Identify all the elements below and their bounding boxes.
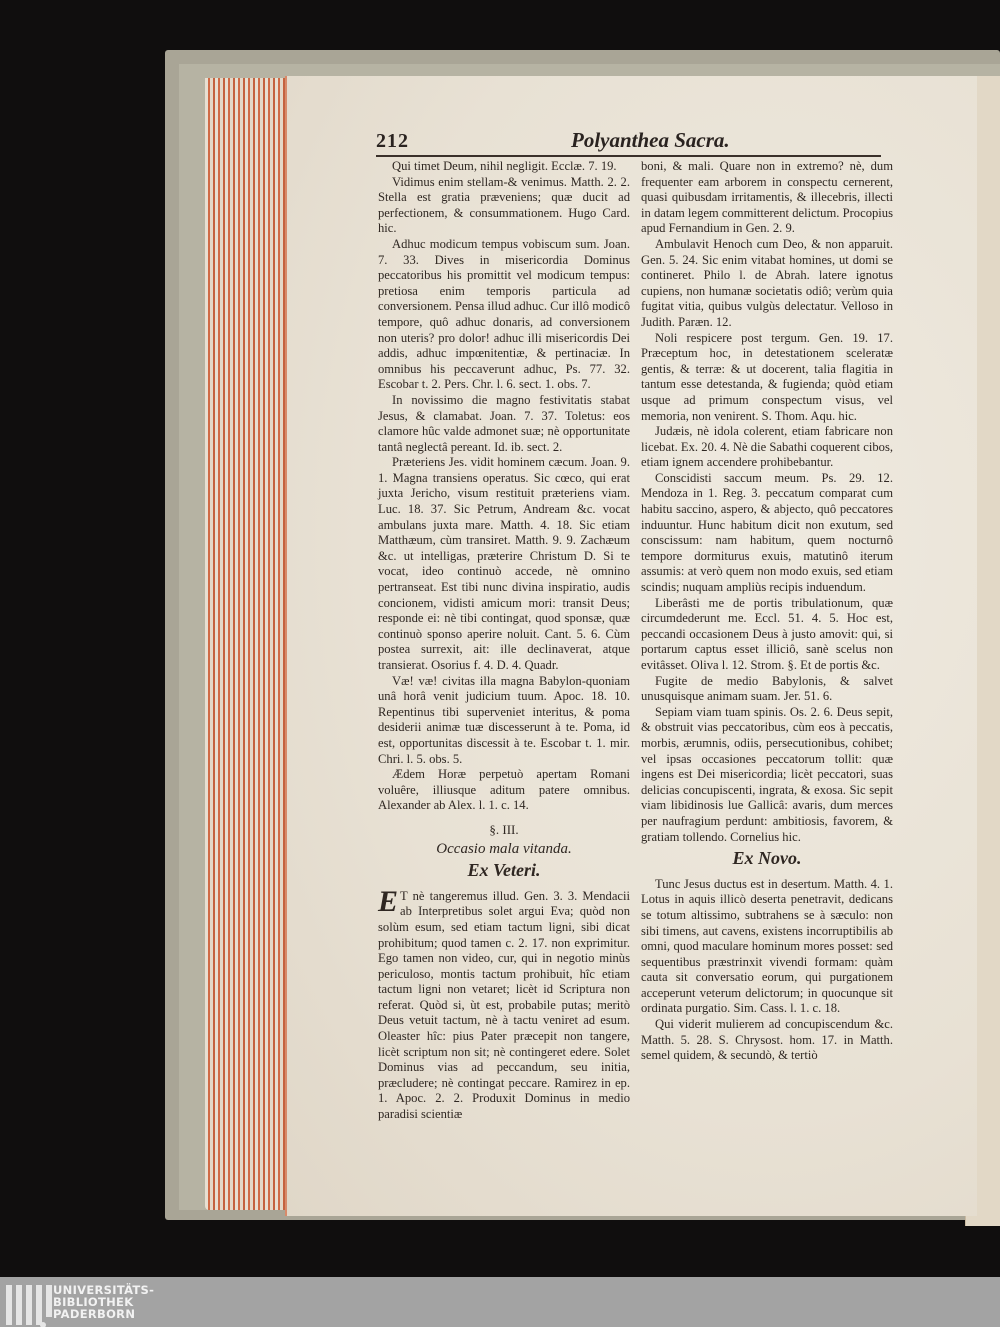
- scan-background: 212 Polyanthea Sacra. Qui timet Deum, ni…: [0, 0, 1000, 1277]
- entry-paragraph: Fugite de medio Babylonis, & salvet unus…: [641, 674, 893, 705]
- entry-paragraph: Noli respicere post tergum. Gen. 19. 17.…: [641, 331, 893, 425]
- entry-paragraph: Præteriens Jes. vidit hominem cæcum. Joa…: [378, 455, 630, 673]
- entry-paragraph: Liberâsti me de portis tribulationum, qu…: [641, 596, 893, 674]
- entry-paragraph: Væ! væ! civitas illa magna Babylon-quoni…: [378, 674, 630, 768]
- entry-paragraph: Tunc Jesus ductus est in desertum. Matth…: [641, 877, 893, 1017]
- entry-paragraph: Ædem Horæ perpetuò apertam Romani voluêr…: [378, 767, 630, 814]
- page-header: 212 Polyanthea Sacra.: [376, 128, 881, 154]
- running-head: Polyanthea Sacra.: [571, 128, 730, 153]
- entry-paragraph: Adhuc modicum tempus vobiscum sum. Joan.…: [378, 237, 630, 393]
- entry-paragraph: Ambulavit Henoch cum Deo, & non apparuit…: [641, 237, 893, 331]
- entry-paragraph: Vidimus enim stellam-& venimus. Matth. 2…: [378, 175, 630, 237]
- drop-cap: E: [378, 889, 398, 915]
- logo-dot-icon: [40, 1322, 46, 1327]
- entry-paragraph: In novissimo die magno festivitatis stab…: [378, 393, 630, 455]
- entry-paragraph: Sepiam viam tuam spinis. Os. 2. 6. Deus …: [641, 705, 893, 845]
- left-column: Qui timet Deum, nihil negligit. Ecclæ. 7…: [378, 159, 630, 1123]
- library-name-line: PADERBORN: [53, 1308, 154, 1320]
- section-title: Occasio mala vitanda.: [378, 842, 630, 858]
- header-rule: [376, 155, 881, 157]
- library-name: UNIVERSITÄTS- BIBLIOTHEK PADERBORN: [53, 1284, 154, 1320]
- entry-paragraph-dropcap: ET nè tangeremus illud. Gen. 3. 3. Menda…: [378, 889, 630, 1123]
- library-footer: UNIVERSITÄTS- BIBLIOTHEK PADERBORN: [0, 1277, 1000, 1327]
- entry-paragraph: Qui timet Deum, nihil negligit. Ecclæ. 7…: [378, 159, 630, 175]
- entry-paragraph: Qui viderit mulierem ad concupiscendum &…: [641, 1017, 893, 1064]
- subsection-title: Ex Veteri.: [378, 863, 630, 879]
- entry-text: T nè tangeremus illud. Gen. 3. 3. Mendac…: [378, 889, 630, 1121]
- subsection-title: Ex Novo.: [641, 851, 893, 867]
- section-mark: §. III.: [378, 822, 630, 838]
- entry-paragraph: boni, & mali. Quare non in extremo? nè, …: [641, 159, 893, 237]
- page-number: 212: [376, 130, 409, 153]
- page-edges-red: [205, 78, 297, 1210]
- right-column: boni, & mali. Quare non in extremo? nè, …: [641, 159, 893, 1064]
- entry-paragraph: Judæis, nè idola colerent, etiam fabrica…: [641, 424, 893, 471]
- entry-paragraph: Conscidisti saccum meum. Ps. 29. 12. Men…: [641, 471, 893, 596]
